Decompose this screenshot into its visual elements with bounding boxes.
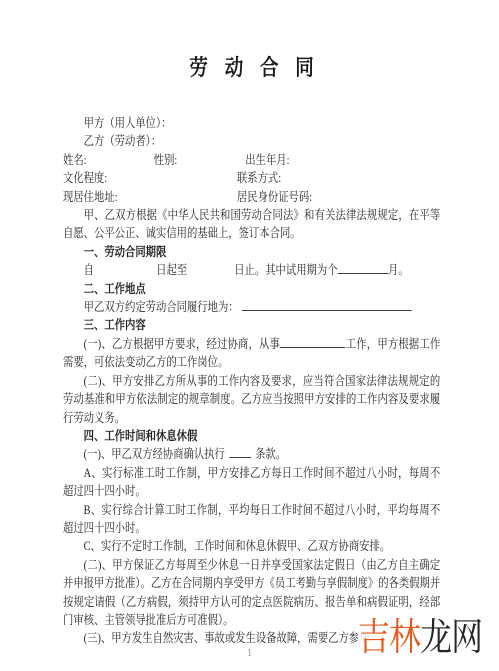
info-row-address: 现居住地址: 居民身份证号码:: [63, 188, 440, 206]
term-from-label: 自: [84, 263, 94, 277]
page-number: 1: [0, 647, 499, 659]
page-title: 劳动合同: [63, 54, 440, 84]
document-body: 甲方（用人单位）： 乙方（劳动者）： 姓名: 性别: 出生年月: 文化程度: 联…: [63, 114, 440, 648]
info-row-identity: 姓名: 性别: 出生年月:: [63, 151, 440, 169]
preamble-paragraph: 甲、乙双方根据《中华人民共和国劳动合同法》和有关法律法规规定，在平等自愿、公平公…: [63, 206, 440, 243]
section-4-heading: 四、工作时间和休息休假: [63, 427, 440, 445]
blank-start-date: [94, 273, 156, 274]
education-field-label: 文化程度:: [63, 169, 237, 187]
job-pre-text: (一)、乙方根据甲方要求，经过协商，从事: [84, 337, 280, 351]
section-1-heading: 一、劳动合同期限: [63, 243, 440, 261]
info-row-education: 文化程度: 联系方式:: [63, 169, 440, 187]
section-2-heading: 二、工作地点: [63, 280, 440, 298]
contact-field-label: 联系方式:: [237, 169, 281, 187]
party-b-line: 乙方（劳动者）：: [63, 132, 440, 150]
blank-trial-period-months: [338, 261, 388, 274]
birthdate-field-label: 出生年月:: [245, 151, 289, 169]
address-field-label: 现居住地址:: [63, 188, 237, 206]
work-place-line: 甲乙双方约定劳动合同履行地为：: [63, 298, 440, 316]
section-4-item-1: (一)、甲乙双方经协商确认执行条款。: [63, 445, 440, 463]
work-hours-option-b: B、实行综合计算工时工作制，平均每日工作时间不超过八小时，平均每周不超过四十四小…: [63, 501, 440, 538]
blank-clause-selection: [229, 445, 251, 458]
name-field-label: 姓名:: [63, 151, 154, 169]
section-3-heading: 三、工作内容: [63, 316, 440, 334]
term-to-label: 日起至: [156, 263, 187, 277]
blank-end-date: [187, 273, 234, 274]
work-hours-option-c: C、实行不定时工作制，工作时间和休息休假甲、乙双方协商安排。: [63, 537, 440, 555]
clause-post-text: 条款。: [255, 447, 286, 461]
contract-document-page: 劳动合同 甲方（用人单位）： 乙方（劳动者）： 姓名: 性别: 出生年月: 文化…: [0, 0, 499, 671]
work-hours-option-a: A、实行标准工时工作制，甲方安排乙方每日工作时间不超过八小时，每周不超过四十四小…: [63, 464, 440, 501]
document-content: 劳动合同 甲方（用人单位）： 乙方（劳动者）： 姓名: 性别: 出生年月: 文化…: [0, 0, 499, 648]
contract-term-line: 自日起至日止。其中试用期为个月。: [63, 261, 440, 279]
section-3-item-1: (一)、乙方根据甲方要求，经过协商，从事工作，甲方根据工作需要，可依法变动乙方的…: [63, 335, 440, 372]
term-end-label: 日止。其中试用期为个: [234, 263, 337, 277]
blank-performance-place: [242, 298, 412, 311]
blank-job-title: [280, 335, 346, 348]
work-place-label: 甲乙双方约定劳动合同履行地为：: [84, 300, 239, 314]
gender-field-label: 性别:: [154, 151, 246, 169]
section-3-item-2: (二)、甲方安排乙方所从事的工作内容及要求，应当符合国家法律法规规定的劳动基准和…: [63, 372, 440, 427]
term-month-label: 月。: [388, 263, 409, 277]
clause-pre-text: (一)、甲乙双方经协商确认执行: [84, 447, 225, 461]
party-a-line: 甲方（用人单位）：: [63, 114, 440, 132]
id-number-field-label: 居民身份证号码:: [237, 188, 312, 206]
